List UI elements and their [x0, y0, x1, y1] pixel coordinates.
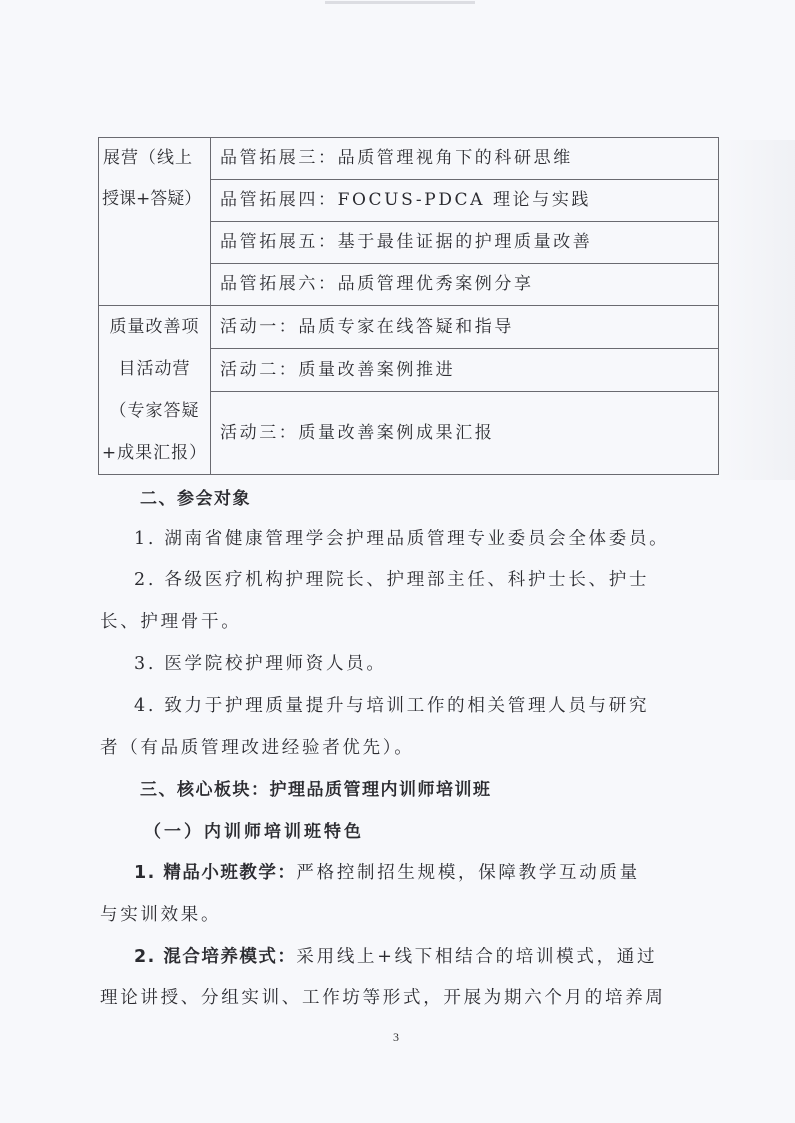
category-line: 质量改善项: [99, 306, 210, 348]
paragraph-line: 长、护理骨干。: [100, 608, 241, 633]
category-line: +成果汇报）: [99, 432, 210, 474]
subsection-heading: （一）内训师培训班特色: [144, 817, 364, 842]
category-line: 目活动营: [99, 348, 210, 390]
page-number: 3: [393, 1030, 399, 1045]
table-item-cell: 品管拓展三：品质管理视角下的科研思维: [211, 138, 719, 180]
table-item-cell: 品管拓展六：品质管理优秀案例分享: [211, 264, 719, 306]
paragraph-line: 3. 医学院校护理师资人员。: [134, 650, 387, 675]
feature-text: 严格控制招生规模，保障教学互动质量: [296, 863, 639, 883]
table-category-cell: 展营（线上 授课+答疑）: [99, 138, 211, 306]
paragraph-line: 者（有品质管理改进经验者优先）。: [100, 734, 414, 759]
table-item-cell: 品管拓展四：FOCUS-PDCA 理论与实践: [211, 180, 719, 222]
bleed-through-shadow: [715, 140, 795, 480]
feature-label: 1. 精品小班教学：: [134, 863, 296, 883]
category-line: （专家答疑: [99, 390, 210, 432]
table-item-cell: 活动二：质量改善案例推进: [211, 349, 719, 392]
table-row: 质量改善项 目活动营 （专家答疑 +成果汇报） 活动一：品质专家在线答疑和指导: [99, 306, 719, 349]
paragraph-line: 1. 精品小班教学：严格控制招生规模，保障教学互动质量: [134, 859, 640, 884]
paragraph-line: 与实训效果。: [100, 901, 221, 926]
scan-artifact: [325, 1, 475, 4]
paragraph-line: 1. 湖南省健康管理学会护理品质管理专业委员会全体委员。: [134, 525, 669, 550]
table-row: 展营（线上 授课+答疑） 品管拓展三：品质管理视角下的科研思维: [99, 138, 719, 180]
table-category-cell: 质量改善项 目活动营 （专家答疑 +成果汇报）: [99, 306, 211, 475]
section-heading: 三、核心板块：护理品质管理内训师培训班: [140, 775, 492, 800]
paragraph-line: 2. 混合培养模式：采用线上+线下相结合的培训模式，通过: [134, 943, 657, 968]
feature-label: 2. 混合培养模式：: [134, 947, 296, 967]
category-line: 展营（线上: [99, 138, 210, 179]
paragraph-line: 2. 各级医疗机构护理院长、护理部主任、科护士长、护士: [134, 566, 649, 591]
section-heading: 二、参会对象: [140, 484, 251, 509]
table-item-cell: 活动一：品质专家在线答疑和指导: [211, 306, 719, 349]
feature-text: 采用线上+线下相结合的培训模式，通过: [296, 947, 657, 967]
paragraph-line: 4. 致力于护理质量提升与培训工作的相关管理人员与研究: [134, 692, 649, 717]
table-item-cell: 活动三：质量改善案例成果汇报: [211, 392, 719, 475]
program-table: 展营（线上 授课+答疑） 品管拓展三：品质管理视角下的科研思维 品管拓展四：FO…: [98, 137, 719, 475]
category-line: 授课+答疑）: [99, 179, 210, 220]
table-item-cell: 品管拓展五：基于最佳证据的护理质量改善: [211, 222, 719, 264]
paragraph-line: 理论讲授、分组实训、工作坊等形式，开展为期六个月的培养周: [100, 984, 666, 1009]
